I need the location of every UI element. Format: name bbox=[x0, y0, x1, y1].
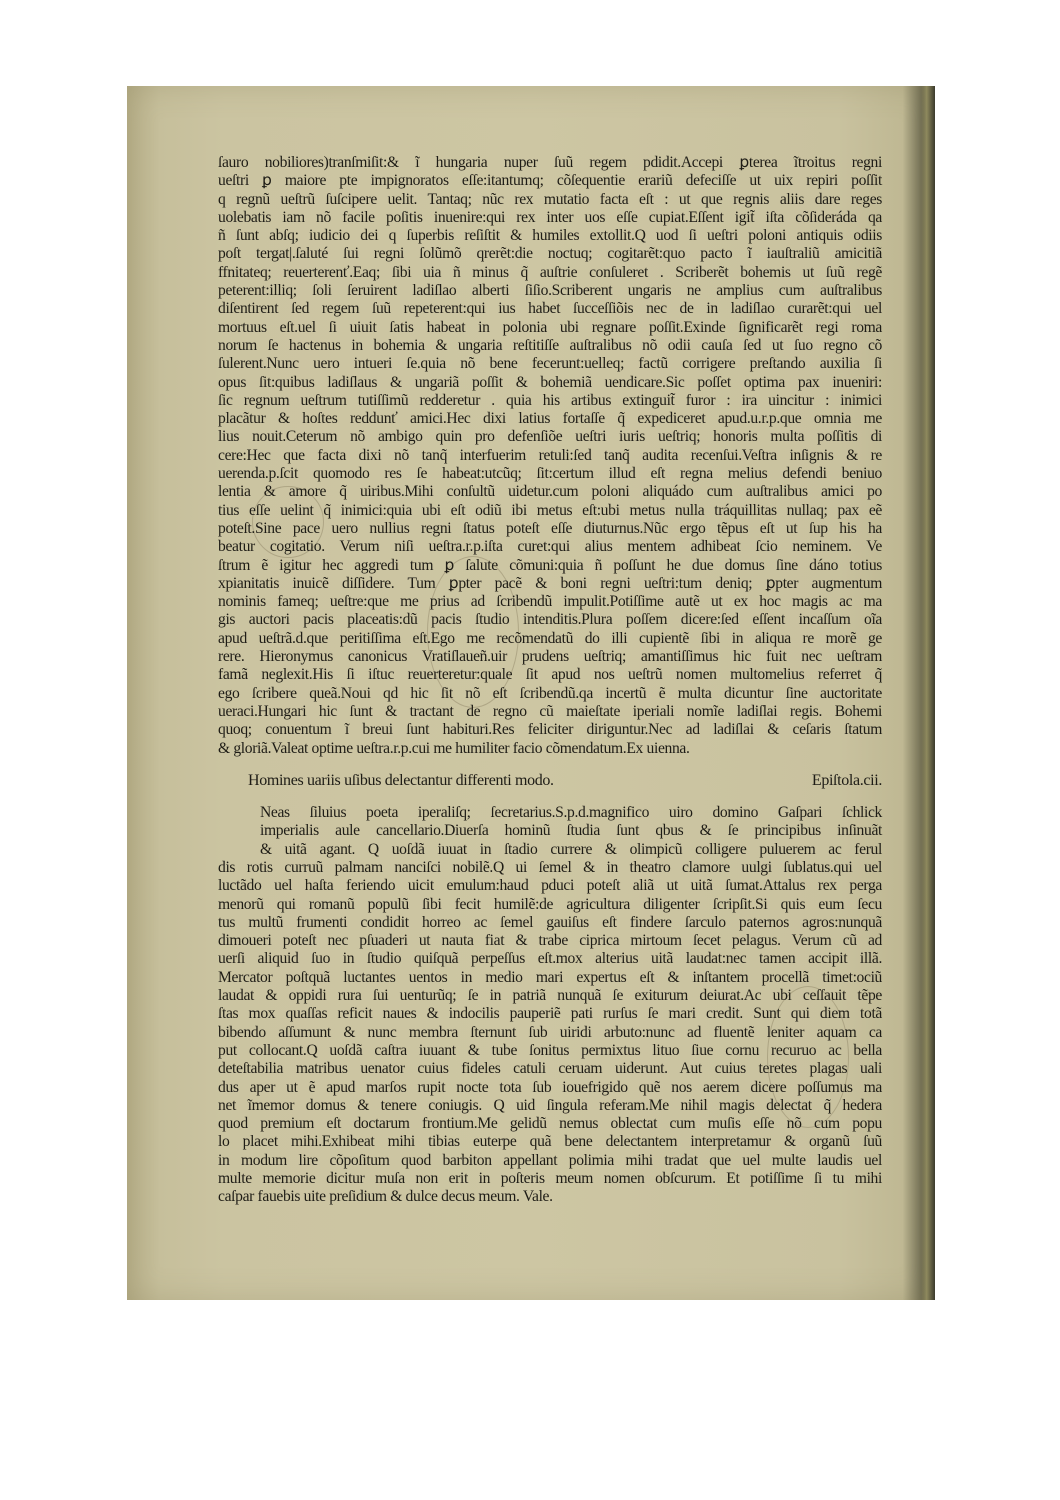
text-line: beatur cogitatio. Verum niſi ueſtra.r.p.… bbox=[218, 538, 882, 556]
text-line: dus aper ut ẽ apud marſos rupit nocte to… bbox=[218, 1079, 882, 1097]
text-line: tus multũ frumenti condidit horreo ac ſe… bbox=[218, 914, 882, 932]
text-line: menorũ qui romanũ populũ ſibi fecit humi… bbox=[218, 896, 882, 914]
text-line: uolebatis iam nõ facile poſitis inuenire… bbox=[218, 209, 882, 227]
text-line: imperialis aule cancellario.Diuerſa homi… bbox=[218, 822, 882, 840]
text-line: ſtrum ẽ igitur hec aggredi tum ꝑ ſalute … bbox=[218, 557, 882, 575]
text-line: put collocant.Q uoſdã caſtra iuuant & tu… bbox=[218, 1042, 882, 1060]
text-line: ego ſcribere queã.Noui qd hic ſit nõ eſt… bbox=[218, 685, 882, 703]
scanned-page: ſauro nobiliores)tranſmiſit:& ĩ hungaria… bbox=[127, 86, 935, 1300]
text-line: net ĩmemor domus & tenere coniugis. Q ui… bbox=[218, 1097, 882, 1115]
text-line: gis auctori pacis placeatis:dũ pacis ſtu… bbox=[218, 611, 882, 629]
text-line: bibendo aſſumunt & nunc membra ſternunt … bbox=[218, 1024, 882, 1042]
text-line: ueſtri ꝑ maiore pte impignoratos eſſe:it… bbox=[218, 172, 882, 190]
text-line: & uitã agant. Q uoſdã iuuat in ſtadio cu… bbox=[218, 841, 882, 859]
letter-title: Homines uariis uſibus delectantur differ… bbox=[248, 772, 554, 790]
text-line: apud ueſtrã.d.que peritiſſima eſt.Ego me… bbox=[218, 630, 882, 648]
text-line: diſentirent ſed regem ſuũ repeterent:qui… bbox=[218, 300, 882, 318]
text-line: peterent:illiq; ſoli ſeruirent ladiſlao … bbox=[218, 282, 882, 300]
text-line: xpianitatis inuicẽ diſſidere. Tum ꝑpter … bbox=[218, 575, 882, 593]
letter-number: Epiſtola.cii. bbox=[812, 772, 882, 790]
text-line: Mercator poſtquã luctantes uentos in med… bbox=[218, 969, 882, 987]
text-line: in modum lire cõpoſitum quod barbiton ap… bbox=[218, 1152, 882, 1170]
text-line: poſt tergat|.ſaluté ſui regni ſolũmõ qre… bbox=[218, 245, 882, 263]
text-line: mortuus eſt.uel ſi uiuit ſatis habeat in… bbox=[218, 319, 882, 337]
text-line: dis rotis curruũ palmam nanciſci nobilẽ.… bbox=[218, 859, 882, 877]
letter-1-tail: ſauro nobiliores)tranſmiſit:& ĩ hungaria… bbox=[218, 154, 882, 758]
text-line: ſic regnum ueſtrum tutiſſimũ redderetur … bbox=[218, 392, 882, 410]
text-line: nominis fameq; ueſtre:que me prius ad ſc… bbox=[218, 593, 882, 611]
text-line: ſulerent.Nunc uero intueri ſe.quia nõ be… bbox=[218, 355, 882, 373]
text-line: lentia & amore q̃ uiribus.Mihi conſultũ … bbox=[218, 483, 882, 501]
text-line: ſauro nobiliores)tranſmiſit:& ĩ hungaria… bbox=[218, 154, 882, 172]
text-line: & gloriã.Valeat optime ueſtra.r.p.cui me… bbox=[218, 740, 882, 758]
letter-2: Neas ſiluius poeta iperaliſq; ſecretariu… bbox=[218, 804, 882, 1207]
text-line: laudat & oppidi rura ſui uenturũq; ſe in… bbox=[218, 987, 882, 1005]
text-line: deteſtabilia matribus uenator cuius fide… bbox=[218, 1060, 882, 1078]
text-line: caſpar fauebis uite preſidium & dulce de… bbox=[218, 1188, 882, 1206]
text-line: rere. Hieronymus canonicus Vratiſlaueñ.u… bbox=[218, 648, 882, 666]
text-line: ñ ſunt abſq; iudicio dei q ſuperbis reſi… bbox=[218, 227, 882, 245]
letter-heading: Homines uariis uſibus delectantur differ… bbox=[218, 772, 882, 790]
text-line: quod premium eſt doctarum frontium.Me ge… bbox=[218, 1115, 882, 1133]
text-line: Neas ſiluius poeta iperaliſq; ſecretariu… bbox=[218, 804, 882, 822]
text-line: luctãdo uel haſta feriendo uicit emulum:… bbox=[218, 877, 882, 895]
text-line: tius eſſe uelint q̃ inimici:quia ubi eſt… bbox=[218, 502, 882, 520]
text-line: uerſi aliquid ſuo in ſtudio quiſquã perp… bbox=[218, 950, 882, 968]
page-text: ſauro nobiliores)tranſmiſit:& ĩ hungaria… bbox=[218, 154, 882, 1207]
text-line: ueraci.Hungari hic ſunt & tractant de re… bbox=[218, 703, 882, 721]
text-line: lius nouit.Ceterum nõ ambigo quin pro de… bbox=[218, 428, 882, 446]
text-line: q regnũ ueſtrũ ſuſcipere uelit. Tantaq; … bbox=[218, 191, 882, 209]
text-line: cere:Hec que facta dixi nõ tanq̃ interfu… bbox=[218, 447, 882, 465]
text-line: uerenda.p.ſcit quomodo res ſe habeat:utc… bbox=[218, 465, 882, 483]
text-line: opus ſit:quibus ladiſlaus & ungariã poſſ… bbox=[218, 374, 882, 392]
text-line: ffnitateq; reuerterenť.Eaq; ſibi uia ñ m… bbox=[218, 264, 882, 282]
text-line: quoq; conuentum ĩ breui ſunt habituri.Re… bbox=[218, 721, 882, 739]
text-line: famã neglexit.His ſi iſtuc reuerteretur:… bbox=[218, 666, 882, 684]
text-line: dimoueri poteſt nec pſuaderi ut nauta fi… bbox=[218, 932, 882, 950]
text-line: lo placet mihi.Exhibeat mihi tibias eute… bbox=[218, 1133, 882, 1151]
text-line: placãtur & hoſtes reddunť amici.Hec dixi… bbox=[218, 410, 882, 428]
text-line: norum ſe hactenus in bohemia & ungaria r… bbox=[218, 337, 882, 355]
text-line: poteſt.Sine pace uero nullius regni ſtat… bbox=[218, 520, 882, 538]
text-line: multe memorie dicitur muſa non erit in p… bbox=[218, 1170, 882, 1188]
text-line: ſtas mox quaſſas reficit naues & indocil… bbox=[218, 1005, 882, 1023]
